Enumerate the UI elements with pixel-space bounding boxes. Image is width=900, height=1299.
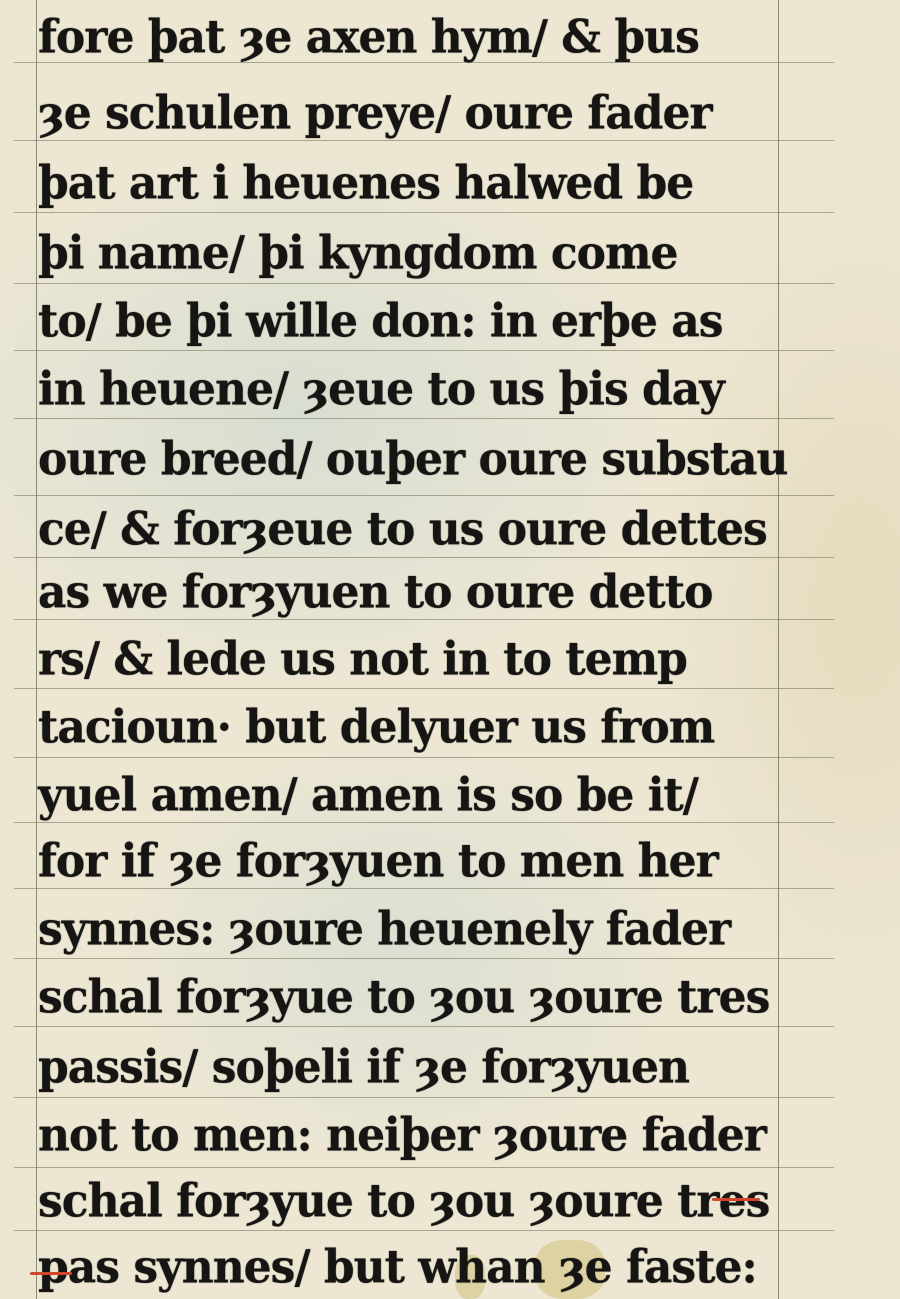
rubric-mark (712, 1198, 760, 1201)
text-line: pas synnes/ but whan ȝe faste: (38, 1237, 858, 1299)
text-line: fore þat ȝe axen hym/ & þus (38, 7, 858, 70)
text-line: in heuene/ ȝeue to us þis day (38, 359, 858, 422)
text-line: þat art i heuenes halwed be (38, 153, 858, 216)
manuscript-page: fore þat ȝe axen hym/ & þus ȝe schulen p… (0, 0, 900, 1299)
text-line: for if ȝe forȝyuen to men her (38, 831, 858, 894)
text-line: ȝe schulen preye/ oure fader (38, 83, 858, 146)
text-line: tacioun· but delyuer us from (38, 697, 858, 760)
text-line: rs/ & lede us not in to temp (38, 629, 858, 692)
text-line: ce/ & forȝeue to us oure dettes (38, 499, 858, 562)
text-line: schal forȝyue to ȝou ȝoure tres (38, 967, 858, 1030)
text-line: not to men: neiþer ȝoure fader (38, 1105, 858, 1168)
text-line: to/ be þi wille don: in erþe as (38, 291, 858, 354)
ruling-line (14, 495, 834, 496)
text-line: passis/ soþeli if ȝe forȝyuen (38, 1037, 858, 1100)
text-line: oure breed/ ouþer oure substau (38, 429, 858, 492)
text-line: as we forȝyuen to oure detto (38, 562, 858, 625)
text-line: þi name/ þi kyngdom come (38, 223, 858, 286)
left-margin-ruling (36, 0, 37, 1299)
text-line: yuel amen/ amen is so be it/ (38, 765, 858, 828)
text-line: schal forȝyue to ȝou ȝoure tres (38, 1171, 858, 1234)
rubric-mark (30, 1272, 72, 1275)
text-line: synnes: ȝoure heuenely fader (38, 899, 858, 962)
